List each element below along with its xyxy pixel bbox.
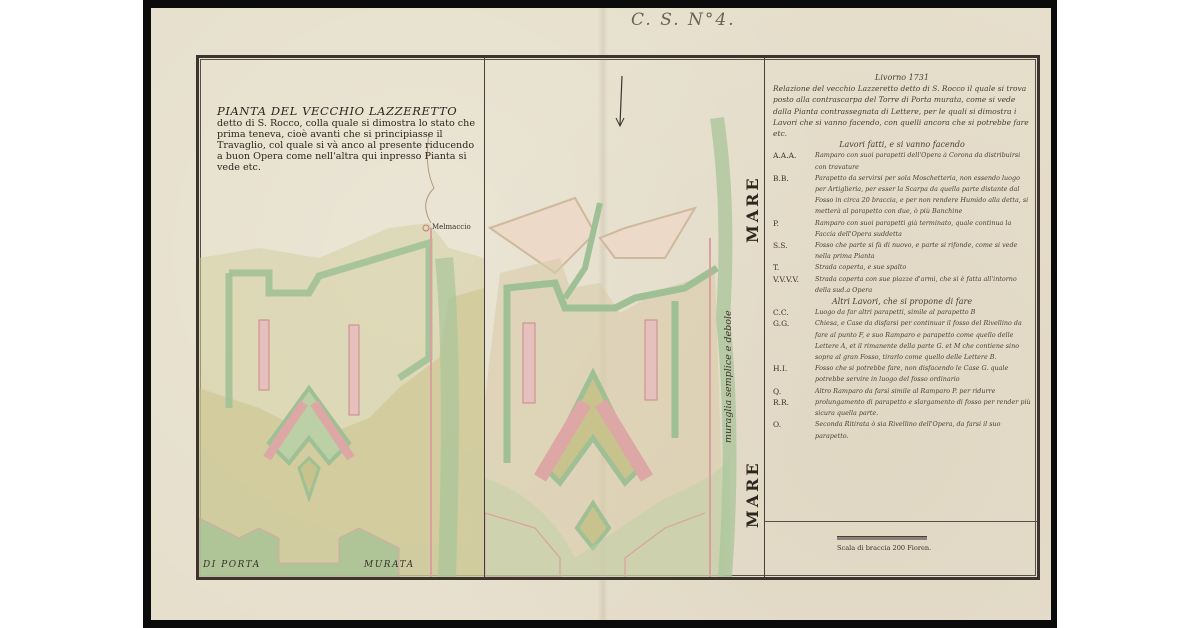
legend-row: Q.Altro Ramparo da farsi simile al Rampa… xyxy=(773,386,1031,397)
legend-row: T.Strada coperta, e sue spalto xyxy=(773,262,1031,273)
porta-label: DI PORTA xyxy=(203,560,261,570)
legend-row: S.S.Fosso che parte si fà di nuovo, e pa… xyxy=(773,240,1031,262)
scale-bar xyxy=(837,536,927,540)
scale-box: Scala di braccia 200 Fioren. xyxy=(765,521,1037,577)
legend-intro: Relazione del vecchio Lazzeretto detto d… xyxy=(773,83,1031,139)
legend-row: R.R.prolungamento di parapetto e slargam… xyxy=(773,397,1031,419)
map-title-body: detto di S. Rocco, colla quale si dimost… xyxy=(217,118,475,173)
inventory-mark: C. S. N°4. xyxy=(631,10,736,30)
new-plan-panel: MARE MARE muraglia semplice e debole xyxy=(485,58,765,577)
legend-row: B.B.Parapetto da servirsi per sola Mosch… xyxy=(773,173,1031,218)
map-frame: PIANTA DEL VECCHIO LAZZERETTO detto di S… xyxy=(196,55,1040,580)
legend-section-done: Lavori fatti, e si vanno facendo xyxy=(773,139,1031,150)
old-plan-panel: PIANTA DEL VECCHIO LAZZERETTO detto di S… xyxy=(199,58,485,577)
map-sheet: C. S. N°4. xyxy=(151,8,1051,620)
legend: Livorno 1731 Relazione del vecchio Lazze… xyxy=(773,72,1031,442)
legend-row: H.I.Fosso che si potrebbe fare, non disf… xyxy=(773,363,1031,385)
legend-row: V.V.V.V.Strada coperta con sue piazze d'… xyxy=(773,274,1031,296)
legend-date: Livorno 1731 xyxy=(773,72,1031,83)
sea-label-bottom: MARE xyxy=(743,460,762,528)
scale-label: Scala di braccia 200 Fioren. xyxy=(837,544,931,552)
sea-label-top: MARE xyxy=(743,175,762,243)
map-title-heading: PIANTA DEL VECCHIO LAZZERETTO xyxy=(217,106,482,117)
legend-section-proposed: Altri Lavori, che si propone di fare xyxy=(773,296,1031,307)
map-title: PIANTA DEL VECCHIO LAZZERETTO detto di S… xyxy=(217,106,482,173)
legend-row: P.Ramparo con suoi parapetti già termina… xyxy=(773,218,1031,240)
legend-row: O.Seconda Ritirata ò sia Rivellino dell'… xyxy=(773,419,1031,441)
legend-row: C.C.Luogo da far altri parapetti, simile… xyxy=(773,307,1031,318)
sea-wall-label: muraglia semplice e debole xyxy=(723,310,734,443)
legend-row: A.A.A.Ramparo con suoi parapetti dell'Op… xyxy=(773,150,1031,172)
legend-panel: Livorno 1731 Relazione del vecchio Lazze… xyxy=(765,58,1037,577)
murata-label: MURATA xyxy=(364,560,415,570)
place-label-melmaccio: Melmaccio xyxy=(432,223,471,231)
legend-row: G.G.Chiesa, e Case da disfarsi per conti… xyxy=(773,318,1031,363)
